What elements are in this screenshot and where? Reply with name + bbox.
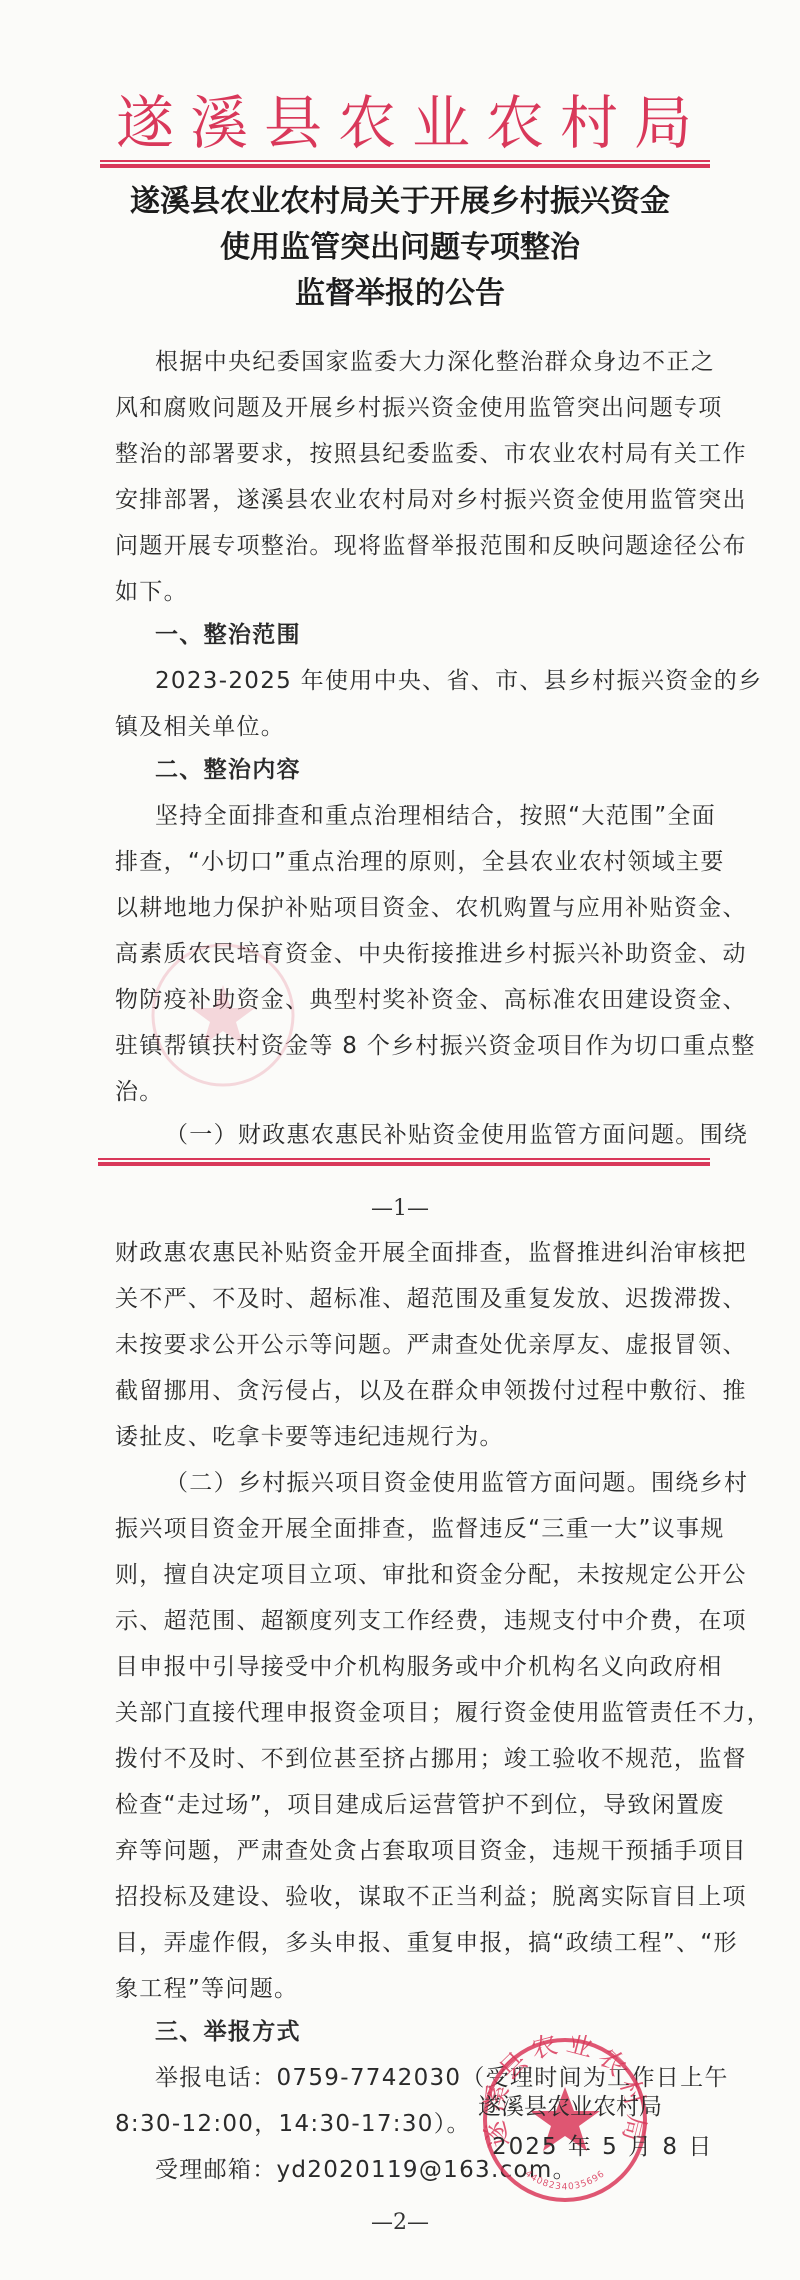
page-number-2: —2— <box>0 2210 800 2235</box>
text-line: 关不严、不及时、超标准、超范围及重复发放、迟拨滞拨、 <box>115 1284 715 1314</box>
text-line: 镇及相关单位。 <box>115 712 715 742</box>
text-line: 根据中央纪委国家监委大力深化整治群众身边不正之 <box>155 347 715 377</box>
text-line: 高素质农民培育资金、中央衔接推进乡村振兴补助资金、动 <box>115 939 715 969</box>
divider-thin-line <box>98 1158 710 1160</box>
section-heading-scope: 一、整治范围 <box>155 620 755 650</box>
text-line: 示、超范围、超额度列支工作经费，违规支付中介费，在项 <box>115 1606 715 1636</box>
page-footer-divider <box>98 1158 710 1165</box>
text-line: 截留挪用、贪污侵占，以及在群众申领拨付过程中敷衍、推 <box>115 1376 715 1406</box>
text-line: 未按要求公开公示等问题。严肃查处优亲厚友、虚报冒领、 <box>115 1330 715 1360</box>
text-line: 物防疫补助资金、典型村奖补资金、高标准农田建设资金、 <box>115 985 715 1015</box>
text-line: 风和腐败问题及开展乡村振兴资金使用监管突出问题专项 <box>115 393 715 423</box>
text-line: 目，弄虚作假，多头申报、重复申报，搞“政绩工程”、“形 <box>115 1928 715 1958</box>
signature-org: 遂溪县农业农村局 <box>478 2088 662 2121</box>
text-line: 财政惠农惠民补贴资金开展全面排查，监督推进纠治审核把 <box>115 1238 715 1268</box>
org-letterhead: 遂溪县农业农村局 <box>0 88 800 158</box>
text-line: 如下。 <box>115 577 715 607</box>
text-line: 坚持全面排查和重点治理相结合，按照“大范围”全面 <box>155 801 715 831</box>
text-line: 安排部署，遂溪县农业农村局对乡村振兴资金使用监管突出 <box>115 485 715 515</box>
divider-thick-line <box>100 164 710 168</box>
section-heading-report: 三、举报方式 <box>155 2017 755 2047</box>
text-line: 象工程”等问题。 <box>115 1974 715 2004</box>
text-line: 治。 <box>115 1077 715 1107</box>
subsection-1-first-line: （一）财政惠农惠民补贴资金使用监管方面问题。围绕 <box>165 1120 715 1150</box>
title-line-2: 使用监管突出问题专项整治 <box>0 228 800 268</box>
text-line: 整治的部署要求，按照县纪委监委、市农业农村局有关工作 <box>115 439 715 469</box>
title-line-3: 监督举报的公告 <box>0 274 800 314</box>
text-line: 排查，“小切口”重点治理的原则，全县农业农村领域主要 <box>115 847 715 877</box>
text-line: 检查“走过场”，项目建成后运营管护不到位，导致闲置废 <box>115 1790 715 1820</box>
text-line: 诿扯皮、吃拿卡要等违纪违规行为。 <box>115 1422 715 1452</box>
text-line: 问题开展专项整治。现将监督举报范围和反映问题途径公布 <box>115 531 715 561</box>
subsection-2-heading-line: （二）乡村振兴项目资金使用监管方面问题。围绕乡村 <box>165 1468 715 1498</box>
letterhead-divider <box>100 160 710 167</box>
text-line: 招投标及建设、验收，谋取不正当利益；脱离实际盲目上项 <box>115 1882 715 1912</box>
text-line: 振兴项目资金开展全面排查，监督违反“三重一大”议事规 <box>115 1514 715 1544</box>
divider-thick-line <box>98 1162 710 1166</box>
text-line: 弃等问题，严肃查处贪占套取项目资金，违规干预插手项目 <box>115 1836 715 1866</box>
title-line-1: 遂溪县农业农村局关于开展乡村振兴资金 <box>0 182 800 222</box>
text-line: 2023-2025 年使用中央、省、市、县乡村振兴资金的乡 <box>155 666 715 696</box>
text-line: 以耕地地力保护补贴项目资金、农机购置与应用补贴资金、 <box>115 893 715 923</box>
section-heading-content: 二、整治内容 <box>155 755 755 785</box>
text-line: 目申报中引导接受中介机构服务或中介机构名义向政府相 <box>115 1652 715 1682</box>
signature-date: 2025 年 5 月 8 日 <box>492 2128 713 2161</box>
divider-thin-line <box>100 160 710 162</box>
page-number-1: —1— <box>0 1196 800 1221</box>
text-line: 关部门直接代理申报资金项目；履行资金使用监管责任不力， <box>115 1698 715 1728</box>
text-line: 则，擅自决定项目立项、审批和资金分配，未按规定公开公 <box>115 1560 715 1590</box>
text-line: 驻镇帮镇扶村资金等 8 个乡村振兴资金项目作为切口重点整 <box>115 1031 715 1061</box>
text-line: 拨付不及时、不到位甚至挤占挪用；竣工验收不规范，监督 <box>115 1744 715 1774</box>
